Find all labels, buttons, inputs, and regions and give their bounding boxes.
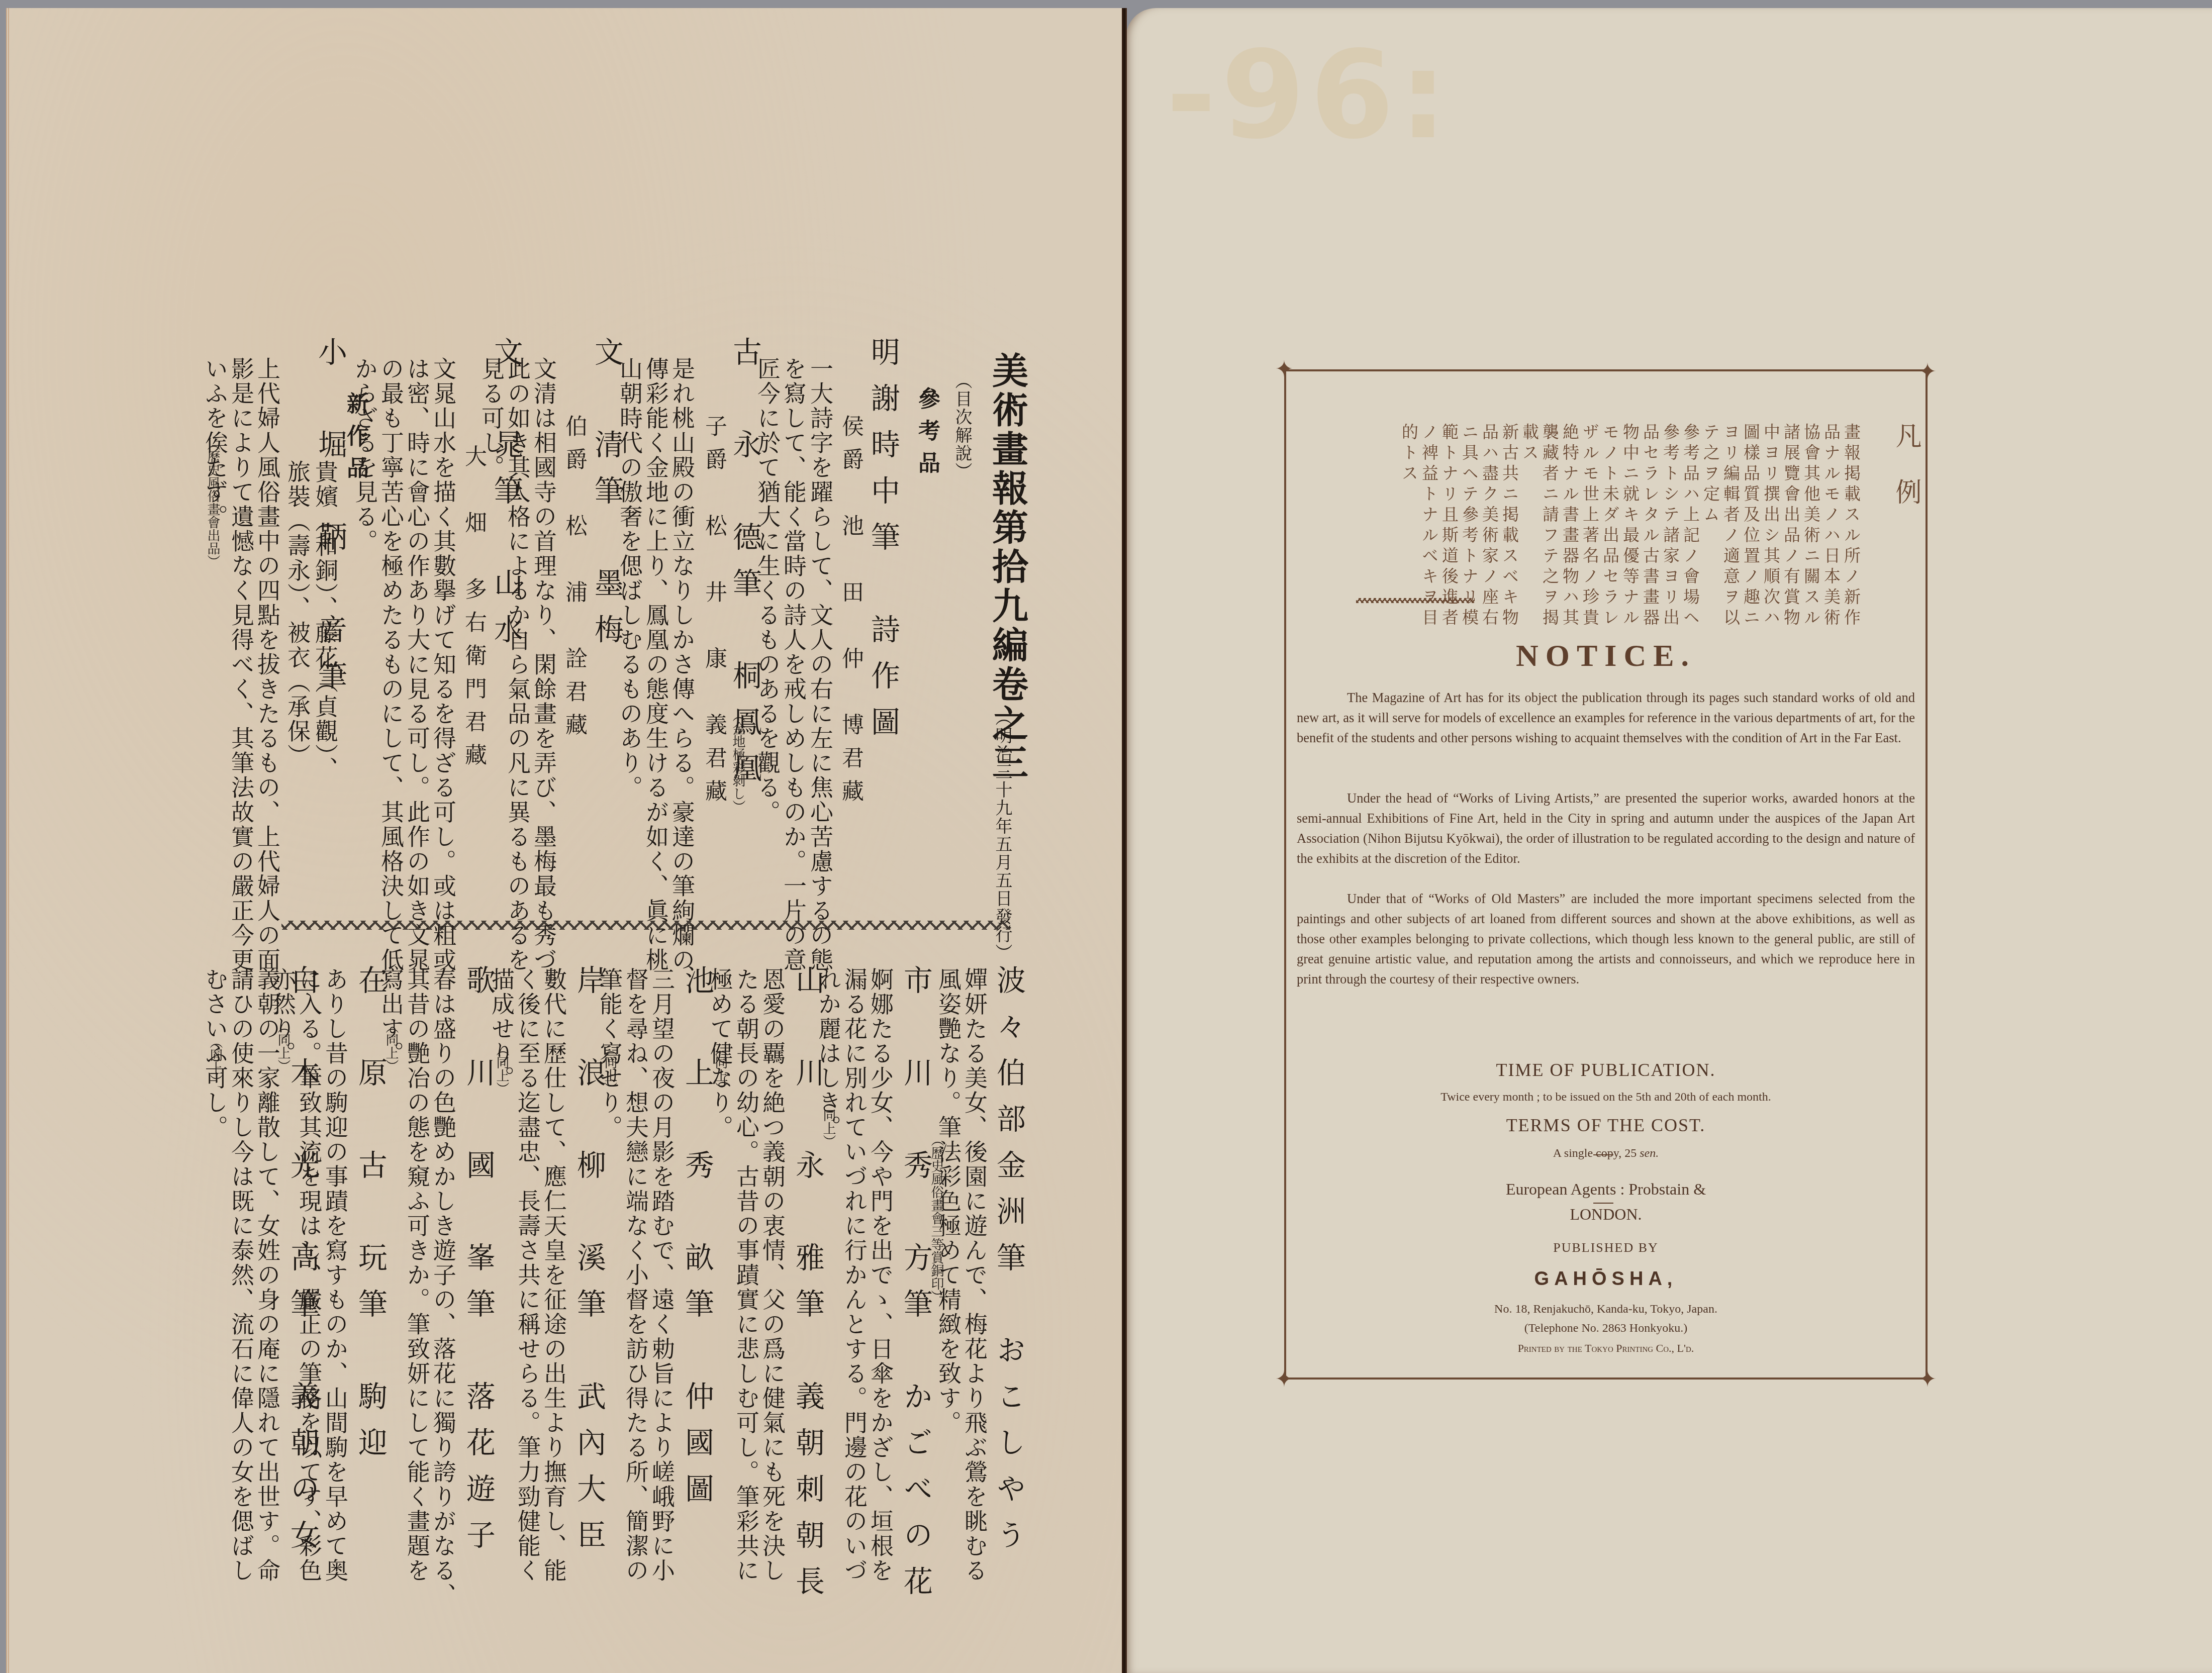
- hanrei-column: 新古共ニ掲載スベキ物: [1498, 423, 1521, 629]
- entry-description-line: は密、時に會心の作あり大に見る可し。此作の如き文晁: [404, 357, 430, 972]
- entry-description-line: 婀娜たる少女、今や門を出でゝ、日傘をかざし、垣根を: [867, 967, 894, 1583]
- entry-heading: 山 川 永 雅筆 義朝刺朝長: [787, 965, 829, 1612]
- agents-city: LONDON.: [1284, 1205, 1928, 1224]
- entry-description-line: 其昔の艷冶の態を窺ふ可きか。筆致妍にして能く畫題を: [404, 967, 430, 1583]
- entry-description-line: 春は盛りの色艷めかしき遊子の、落花に獨り誇りがなる、: [430, 967, 456, 1608]
- cost-text: A single copy, 25: [1553, 1147, 1640, 1160]
- entry-description-line: 文晁山水を描く其數擧げて知るを得ざる可し。或は粗或: [430, 357, 456, 972]
- hanrei-column: 品セラレタル古書畫器: [1639, 423, 1662, 629]
- terms-of-cost-text: A single copy, 25 sen.: [1284, 1147, 1928, 1160]
- hanrei-column: 圖樣品質及位置ノ趣ニ: [1739, 423, 1763, 629]
- entry-owner: 子爵 松 井 康 義君藏: [698, 415, 730, 813]
- entry-owner: 伯爵 松 浦 詮君藏: [558, 415, 590, 746]
- hanrei-column: 襲藏者ニ請フテ之ヲ揭: [1538, 423, 1562, 629]
- ink-stain: -96:: [1166, 25, 1453, 166]
- entry-description-line: たる朝長の幼心。古昔の事蹟實に悲しむ可し。筆彩共に: [733, 967, 759, 1583]
- european-agents: European Agents : Probstain &: [1284, 1180, 1928, 1199]
- entry-heading: 池 上 秀 畝筆 仲國圖: [676, 965, 718, 1520]
- entry-description-line: 嬋妍たる美女、後園に遊んで、梅花より飛ぶ鶯を眺むる: [961, 967, 988, 1583]
- entry-description-line: 影是によりて遺憾なく見得べく、其筆法故實の嚴正今更: [228, 357, 254, 972]
- hanrei-title: 凡例: [1887, 422, 1925, 535]
- notice-paragraph: The Magazine of Art has for its object t…: [1297, 687, 1915, 748]
- entry-owner: 侯爵 池 田 仲 博君藏: [834, 415, 867, 813]
- notice-paragraph: Under that of “Works of Old Masters” are…: [1297, 889, 1915, 989]
- hanrei-column: 參考品ハ上記ノ會場ヘ: [1679, 423, 1702, 629]
- hanrei-column: モノト未ダ出品セラレ: [1598, 423, 1622, 629]
- entry-description-line: 傳彩能く金地に上り、鳳凰の態度生けるが如く、眞に桃: [642, 357, 669, 972]
- printer-credit: Printed by the Tokyo Printing Co., L'd.: [1284, 1342, 1928, 1355]
- frame-corner-ornament: ✦: [1917, 362, 1938, 382]
- frame-corner-ornament: ✦: [1917, 1369, 1938, 1390]
- hanrei-column: 絶特ナル書畫器物ハ其: [1558, 423, 1582, 629]
- entry-heading-note: （金地極彩剝し）: [729, 709, 747, 813]
- entry-source: （同上）: [206, 1035, 225, 1088]
- entry-description-line: の最も丁寧苦心を極めたるものにして、其風格決して低: [377, 357, 404, 972]
- entry-heading: 岸 浪 柳 溪筆 武內大臣: [568, 965, 610, 1566]
- entry-description-line: 請ひの使來りし今は既に泰然、流石に偉人の女を偲ばし: [228, 967, 254, 1583]
- entry-description-line: 數代に歷仕して、應仁天皇を征途の出生より撫育し、能: [540, 967, 567, 1583]
- book-gutter: [1122, 8, 1127, 1673]
- entry-description-line: 上代婦人風俗畫中の四點を拔きたるもの、上代婦人の面: [254, 357, 280, 972]
- entry-heading: 文 晁筆 山水: [485, 337, 527, 660]
- hanrei-column: ヨリ編輯者ノ適意ヲ以: [1719, 423, 1743, 629]
- entry-description-line: 恩愛の覊を絶つ義朝の衷情、父の爲に健氣にも死を決し: [759, 967, 786, 1583]
- publisher-name: GAHŌSHA,: [1284, 1268, 1928, 1290]
- entry-heading: 市 川 秀 方筆 かごべの花: [895, 965, 937, 1612]
- entry-description-line: く後に至る迄盡忠、長壽さ共に稱せらる。筆力勁健能く: [514, 967, 541, 1583]
- hanrei-column: 諸展覽會出品ノ有賞物: [1779, 423, 1803, 629]
- entry-description-line: ありし昔の駒迎の事蹟を寫すものか、山間駒を早めて奥: [322, 967, 348, 1583]
- hanrei-column: 載ス: [1518, 423, 1542, 464]
- entry-heading: 歌 川 國 峯筆 落花遊子: [457, 965, 500, 1566]
- entry-description-line: 三月望の夜の月影を踏むで、遠く勅旨により嵯峨野に小: [648, 967, 675, 1583]
- entry-description-line: 督を尋ね、想夫戀に端なく小督を訪ひ得たる所、簡潔の: [622, 967, 649, 1583]
- entry-description-line: 義朝の一家離散して、女姓の身の庵に隱れて出世す。命: [254, 967, 280, 1583]
- entry-description-line: 是れ桃山殿の衝立なりしかさ傳へらる。豪達の筆絢爛の: [668, 357, 695, 972]
- hanrei-column: 中ヨリ撰出シ其順次ハ: [1759, 423, 1783, 629]
- entry-description-line: 漏る花に別れていづれに行かんとする。門邊の花のいづ: [841, 967, 868, 1583]
- entry-works-line: 旅裝（壽永）、被衣（承保）: [284, 460, 311, 768]
- cost-unit: sen.: [1640, 1147, 1659, 1160]
- hanrei-column: 品ナルモノハ日本美術: [1819, 423, 1843, 629]
- entry-heading: 白 木 光 高筆 義朝の女: [281, 965, 324, 1566]
- frame-corner-ornament: ✦: [1274, 1369, 1294, 1390]
- frame-corner-ornament: ✦: [1274, 359, 1294, 379]
- entry-description-line: を寫して、能く當時の詩人を戒しめしものか。一片の意: [780, 357, 807, 972]
- publisher-telephone: (Telephone No. 2863 Honkyoku.): [1284, 1322, 1928, 1335]
- entry-description-line: 文清は相國寺の首理なり、閑餘畫を弄び、墨梅最も秀づ。: [530, 357, 557, 997]
- hanrei-column: 協會其他美術ニ關スル: [1799, 423, 1823, 629]
- entry-heading: 明謝時中筆 詩作圖: [862, 337, 904, 753]
- toc-label: （目次解說）: [950, 372, 975, 480]
- entry-works-line: 貴嬪（和銅）、藤花（貞觀）、: [312, 460, 338, 781]
- hanrei-column: テ之ヲ定ム: [1699, 423, 1722, 526]
- terms-of-cost-heading: TERMS OF THE COST.: [1284, 1115, 1928, 1136]
- hanrei-column: 的トス: [1397, 423, 1421, 485]
- entry-heading: 在 原 古 玩筆 駒迎: [349, 965, 392, 1473]
- time-of-publication-heading: TIME OF PUBLICATION.: [1284, 1059, 1928, 1080]
- time-of-publication-text: Twice every month ; to be issued on the …: [1284, 1091, 1928, 1104]
- hanrei-column: 物中ニ就キ最優等ナル: [1618, 423, 1642, 629]
- hanrei-column: ザルモ世上著名ノ珍貴: [1578, 423, 1602, 629]
- publisher-address: No. 18, Renjakuchō, Kanda-ku, Tokyo, Jap…: [1284, 1303, 1928, 1316]
- divider-rule: [1593, 1154, 1613, 1155]
- hanrei-column: 參考トシテ諸家ヨリ出: [1659, 423, 1682, 629]
- entry-heading: 文 清筆 墨梅: [586, 337, 628, 660]
- zigzag-divider: [1356, 598, 1475, 603]
- notice-title: NOTICE.: [1284, 638, 1928, 674]
- entry-owner: 大 畑 多右衛門君藏: [457, 445, 490, 776]
- entry-source: （歷史風俗畫會出品）: [204, 437, 222, 568]
- entry-description-line: 一大詩字を躍らして、文人の右に左に焦心苦慮するの態: [807, 357, 833, 972]
- notice-paragraph: Under the head of “Works of Living Artis…: [1297, 788, 1915, 868]
- wavy-divider: [281, 921, 1010, 930]
- hanrei-column: 品ハ盡ク美術家ノ座右: [1478, 423, 1501, 629]
- entry-heading: 波々伯部金洲筆 おこしやう: [988, 965, 1030, 1566]
- hanrei-column: 畫報掲載スル所ノ新作: [1840, 423, 1863, 629]
- section-reference-works: 參考品: [911, 387, 943, 483]
- divider-rule: [1593, 1203, 1613, 1204]
- published-by: PUBLISHED BY: [1284, 1240, 1928, 1255]
